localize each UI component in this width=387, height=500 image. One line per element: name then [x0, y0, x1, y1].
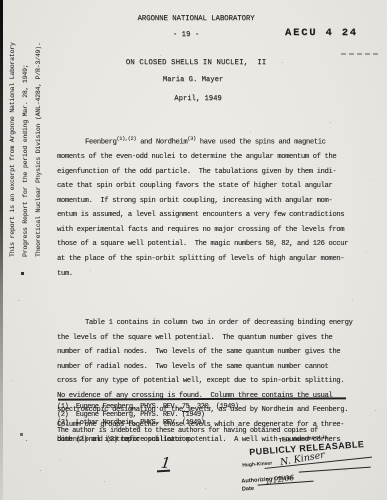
typed-page-number: - 19 -: [173, 31, 200, 39]
text-line: tum.: [57, 267, 352, 282]
author-name: Maria G. Mayer: [163, 76, 223, 84]
text-line: moments of the even-odd nuclei to determ…: [57, 150, 352, 165]
margin-note-line: This report is an excerpt from Argonne N…: [7, 7, 20, 257]
scanned-page: This report is an excerpt from Argonne N…: [0, 0, 387, 500]
releasability-stamp: This document is PUBLICLY RELEASABLE Hug…: [239, 431, 378, 487]
text-line: number of radial nodes. Two levels of th…: [57, 345, 352, 360]
text-segment: (1) Eugene Feenberg, PHYS. REV.: [57, 403, 182, 411]
text-line: (1) Eugene Feenberg, PHYS. REV. 75, 320,…: [57, 403, 318, 411]
stamp-date-label: Date: [242, 486, 255, 493]
superscript-citation: (1),(2): [116, 136, 136, 142]
scan-edge-artifact: [0, 0, 3, 500]
text-line: at the place of the spin-orbit splitting…: [57, 252, 352, 267]
text-line: No evidence of any crossing is found. Co…: [57, 389, 352, 404]
margin-note: This report is an excerpt from Argonne N…: [7, 7, 45, 257]
stamp-handwritten-date: 1/12/06: [265, 473, 295, 486]
margin-note-line: Theoretical Nuclear Physics Division (AN…: [33, 7, 46, 257]
text-segment: and Nordheim: [136, 139, 187, 147]
text-line: cate that spin orbit coupling favors the…: [57, 179, 352, 194]
text-line: with experimental facts and requires no …: [57, 223, 352, 238]
text-line: entum is assumed, a level assignment enc…: [57, 208, 352, 223]
text-line: The author is indebted to these authors …: [57, 427, 318, 435]
scan-noise-speckles: [0, 0, 1, 1]
publication-date: April, 1949: [174, 95, 221, 103]
report-number-stamp: AECU 4 24: [285, 27, 358, 39]
body-paragraph-1: Feenberg(1),(2) and Nordheim(3) have use…: [57, 132, 352, 281]
institution-name: ARGONNE NATIONAL LABORATORY: [137, 15, 254, 23]
scan-dash-artifact: [341, 53, 379, 55]
text-segment: Feenberg: [85, 139, 116, 147]
text-line: eigenfunction of the odd particle. The t…: [57, 165, 352, 180]
text-line: those of a square well potential. The ma…: [57, 237, 352, 252]
text-line: the levels of the square well potential.…: [57, 331, 352, 346]
text-segment: , 320, (1949): [189, 403, 238, 411]
superscript-citation: (3): [187, 136, 195, 142]
text-line: number of radial nodes. Two levels of th…: [57, 360, 352, 375]
text-line: Feenberg(1),(2) and Nordheim(3) have use…: [57, 132, 352, 150]
document-title: ON CLOSED SHELLS IN NUCLEI, II: [126, 59, 267, 67]
text-line: momentum. If strong spin orbit coupling,…: [57, 194, 352, 209]
margin-note-line: Progress Report for the period ending Ma…: [20, 7, 33, 257]
text-line: cross for any type of potential well, ex…: [57, 374, 352, 389]
text-segment: have used the spins and magnetic: [196, 139, 326, 147]
text-line: Table 1 contains in column two in order …: [57, 316, 352, 331]
